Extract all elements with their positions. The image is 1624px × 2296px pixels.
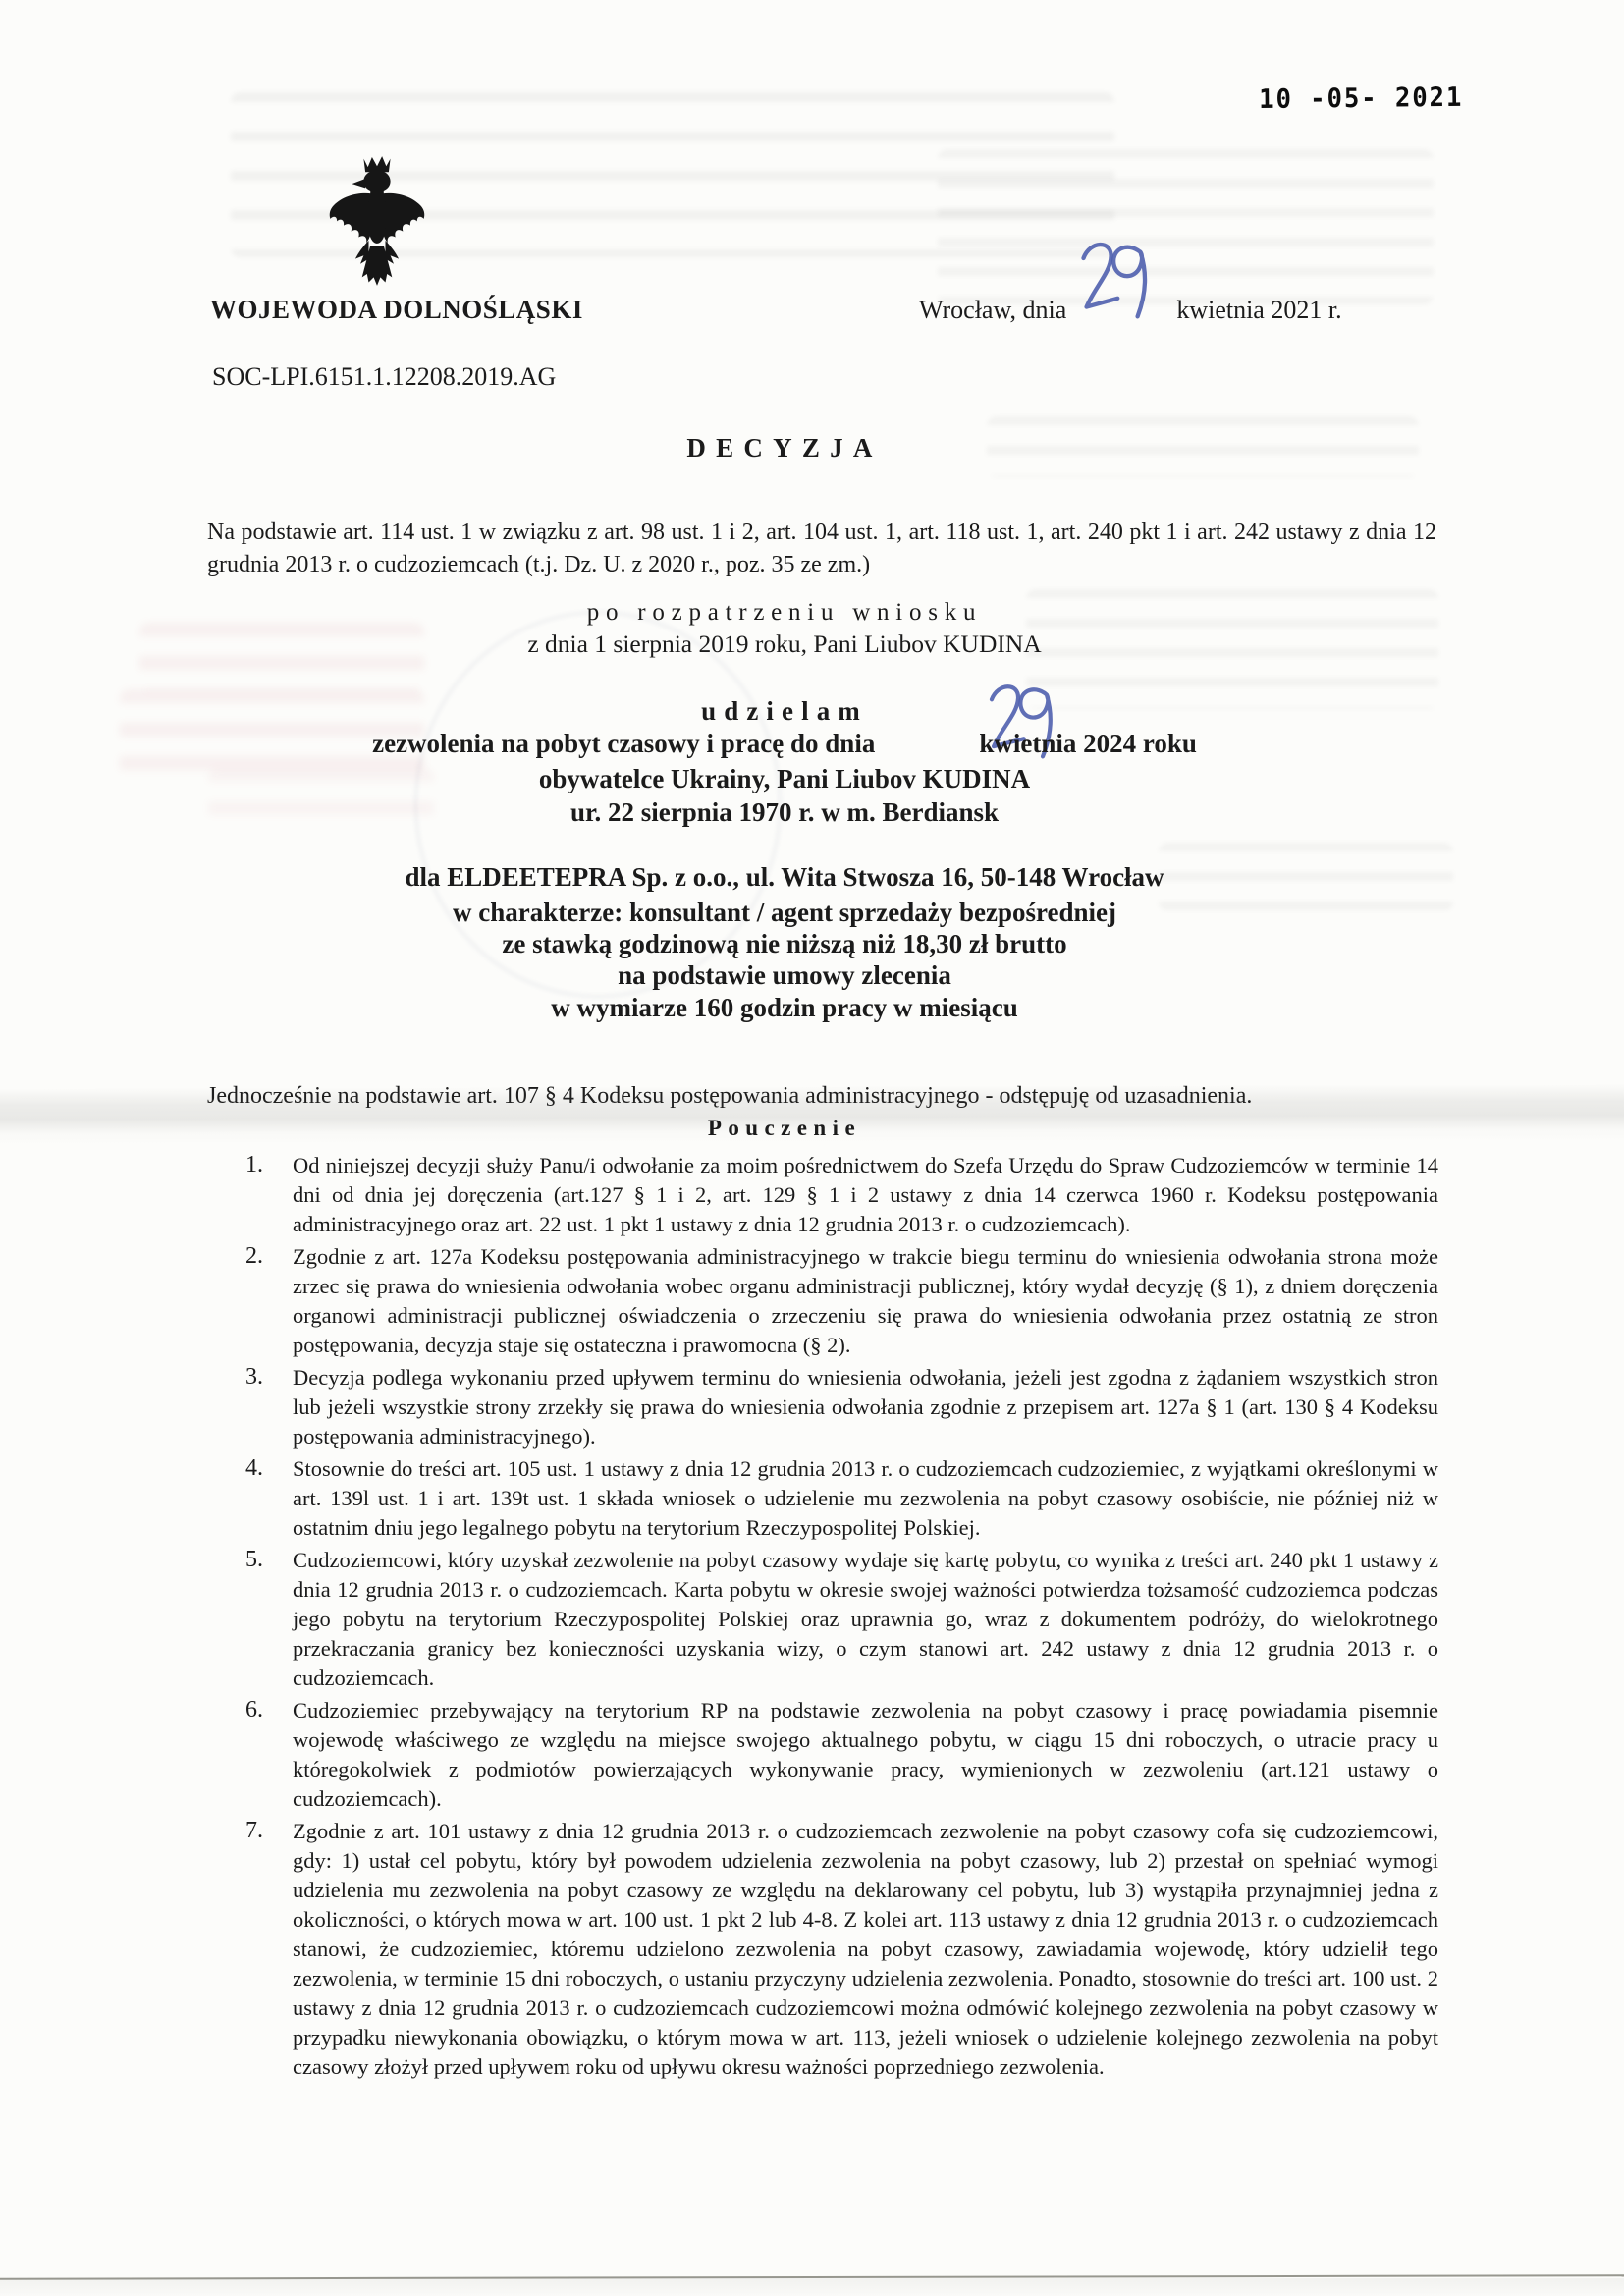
instruction-heading: Pouczenie [0, 1116, 1569, 1141]
legal-basis-paragraph: Na podstawie art. 114 ust. 1 w związku z… [207, 517, 1436, 581]
instruction-item: Zgodnie z art. 101 ustawy z dnia 12 grud… [244, 1817, 1438, 2082]
bleedthrough-artifact [938, 149, 1434, 304]
grant-line1-suffix: kwietnia 2024 roku [979, 729, 1197, 758]
grant-line-citizen: obywatelce Ukrainy, Pani Liubov KUDINA [0, 764, 1569, 794]
handwritten-day-29 [963, 666, 1074, 779]
grant-line-contract: na podstawie umowy zlecenia [0, 960, 1569, 991]
grant-line-birth: ur. 22 sierpnia 1970 r. w m. Berdiansk [0, 797, 1569, 828]
instruction-item: Cudzoziemcowi, który uzyskał zezwolenie … [244, 1546, 1438, 1693]
place-date-prefix: Wrocław, dnia [919, 296, 1066, 324]
document-title: DECYZJA [0, 433, 1569, 464]
handwritten-day-29 [1054, 223, 1170, 340]
authority-title: WOJEWODA DOLNOŚLĄSKI [210, 295, 583, 325]
grant-line-wage: ze stawką godzinową nie niższą niż 18,30… [0, 929, 1569, 959]
application-details-line: z dnia 1 sierpnia 2019 roku, Pani Liubov… [0, 629, 1569, 659]
place-date-suffix: kwietnia 2021 r. [1176, 296, 1341, 324]
instruction-item: Od niniejszej decyzji służy Panu/i odwoł… [244, 1151, 1438, 1239]
grant-line-validity: zezwolenia na pobyt czasowy i pracę do d… [0, 729, 1569, 759]
grant-line-position: w charakterze: konsultant / agent sprzed… [0, 898, 1569, 928]
scan-page-edge-shadow [0, 2278, 1624, 2296]
grant-line1-prefix: zezwolenia na pobyt czasowy i pracę do d… [372, 729, 875, 758]
document-page: 10 -05- 2021 WOJEWODA DOLNOŚLĄSKI Wrocła… [0, 0, 1624, 2296]
application-review-line: po rozpatrzeniu wniosku [0, 599, 1569, 627]
instruction-item: Decyzja podlega wykonaniu przed upływem … [244, 1363, 1438, 1451]
grant-verb: udzielam [0, 696, 1569, 727]
instruction-list: Od niniejszej decyzji służy Panu/i odwoł… [244, 1151, 1438, 2085]
instruction-item: Zgodnie z art. 127a Kodeksu postępowania… [244, 1242, 1438, 1360]
date-received-stamp: 10 -05- 2021 [1259, 82, 1463, 115]
grant-line-hours: w wymiarze 160 godzin pracy w miesiącu [0, 993, 1569, 1023]
instruction-item: Cudzoziemiec przebywający na terytorium … [244, 1696, 1438, 1814]
instruction-item: Stosownie do treści art. 105 ust. 1 usta… [244, 1454, 1438, 1543]
grant-line-employer: dla ELDEETEPRA Sp. z o.o., ul. Wita Stwo… [0, 862, 1569, 893]
case-number: SOC-LPI.6151.1.12208.2019.AG [212, 362, 556, 392]
polish-eagle-emblem [327, 145, 427, 291]
